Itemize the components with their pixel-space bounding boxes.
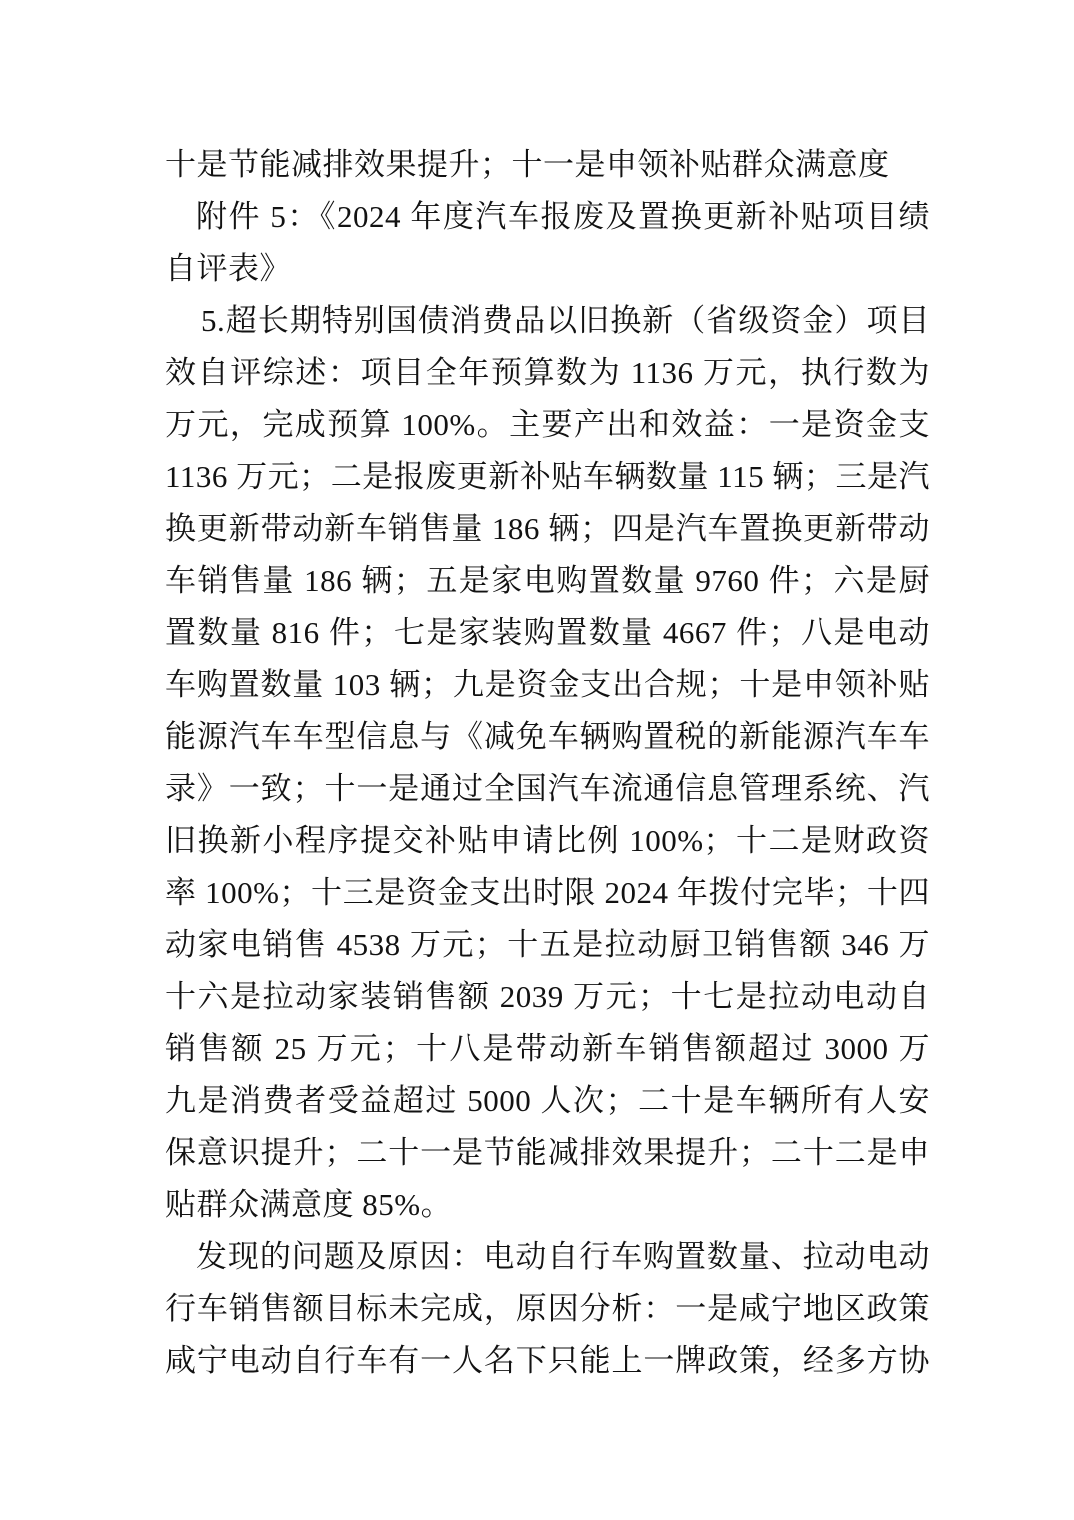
text-line: 发现的问题及原因：电动自行车购置数量、拉动电动自 <box>165 1231 930 1283</box>
text-line: 效自评综述：项目全年预算数为 1136 万元，执行数为 1136 <box>165 347 930 399</box>
text-line: 销售额 25 万元；十八是带动新车销售额超过 3000 万元；十 <box>165 1023 930 1075</box>
text-line: 率 100%；十三是资金支出时限 2024 年拨付完毕；十四是拉 <box>165 867 930 919</box>
paragraph-item5-summary: 5.超长期特别国债消费品以旧换新（省级资金）项目绩 效自评综述：项目全年预算数为… <box>165 295 930 1231</box>
text-line: 自评表》 <box>165 243 930 295</box>
text-line: 置数量 816 件；七是家装购置数量 4667 件；八是电动自行 <box>165 607 930 659</box>
text-line: 车购置数量 103 辆；九是资金支出合规；十是申领补贴的新 <box>165 659 930 711</box>
text-line: 能源汽车车型信息与《减免车辆购置税的新能源汽车车型目 <box>165 711 930 763</box>
text-line: 旧换新小程序提交补贴申请比例 100%；十二是财政资金核销 <box>165 815 930 867</box>
text-line: 录》一致；十一是通过全国汽车流通信息管理系统、汽车以 <box>165 763 930 815</box>
text-line: 咸宁电动自行车有一人名下只能上一牌政策，经多方协商， <box>165 1335 930 1387</box>
paragraph-continuation: 十是节能减排效果提升；十一是申领补贴群众满意度 85%。 <box>165 139 930 191</box>
text-line: 行车销售额目标未完成，原因分析：一是咸宁地区政策限制， <box>165 1283 930 1335</box>
text-line: 保意识提升；二十一是节能减排效果提升；二十二是申领补 <box>165 1127 930 1179</box>
text-line: 十六是拉动家装销售额 2039 万元；十七是拉动电动自行车 <box>165 971 930 1023</box>
text-line: 九是消费者受益超过 5000 人次；二十是车辆所有人安全环 <box>165 1075 930 1127</box>
text-line: 车销售量 186 辆；五是家电购置数量 9760 件；六是厨卫购 <box>165 555 930 607</box>
text-line: 贴群众满意度 85%。 <box>165 1179 930 1231</box>
document-page: 十是节能减排效果提升；十一是申领补贴群众满意度 85%。 附件 5：《2024 … <box>165 139 930 1387</box>
text-line: 5.超长期特别国债消费品以旧换新（省级资金）项目绩 <box>165 295 930 347</box>
paragraph-problems-causes: 发现的问题及原因：电动自行车购置数量、拉动电动自 行车销售额目标未完成，原因分析… <box>165 1231 930 1387</box>
text-line: 动家电销售 4538 万元；十五是拉动厨卫销售额 346 万元； <box>165 919 930 971</box>
text-line: 换更新带动新车销售量 186 辆；四是汽车置换更新带动二手 <box>165 503 930 555</box>
text-line: 1136 万元；二是报废更新补贴车辆数量 115 辆；三是汽车置 <box>165 451 930 503</box>
text-line: 万元，完成预算 100%。主要产出和效益：一是资金支出规模 <box>165 399 930 451</box>
text-line: 十是节能减排效果提升；十一是申领补贴群众满意度 85%。 <box>165 139 930 191</box>
paragraph-attachment-reference: 附件 5：《2024 年度汽车报废及置换更新补贴项目绩效 自评表》 <box>165 191 930 295</box>
text-line: 附件 5：《2024 年度汽车报废及置换更新补贴项目绩效 <box>165 191 930 243</box>
